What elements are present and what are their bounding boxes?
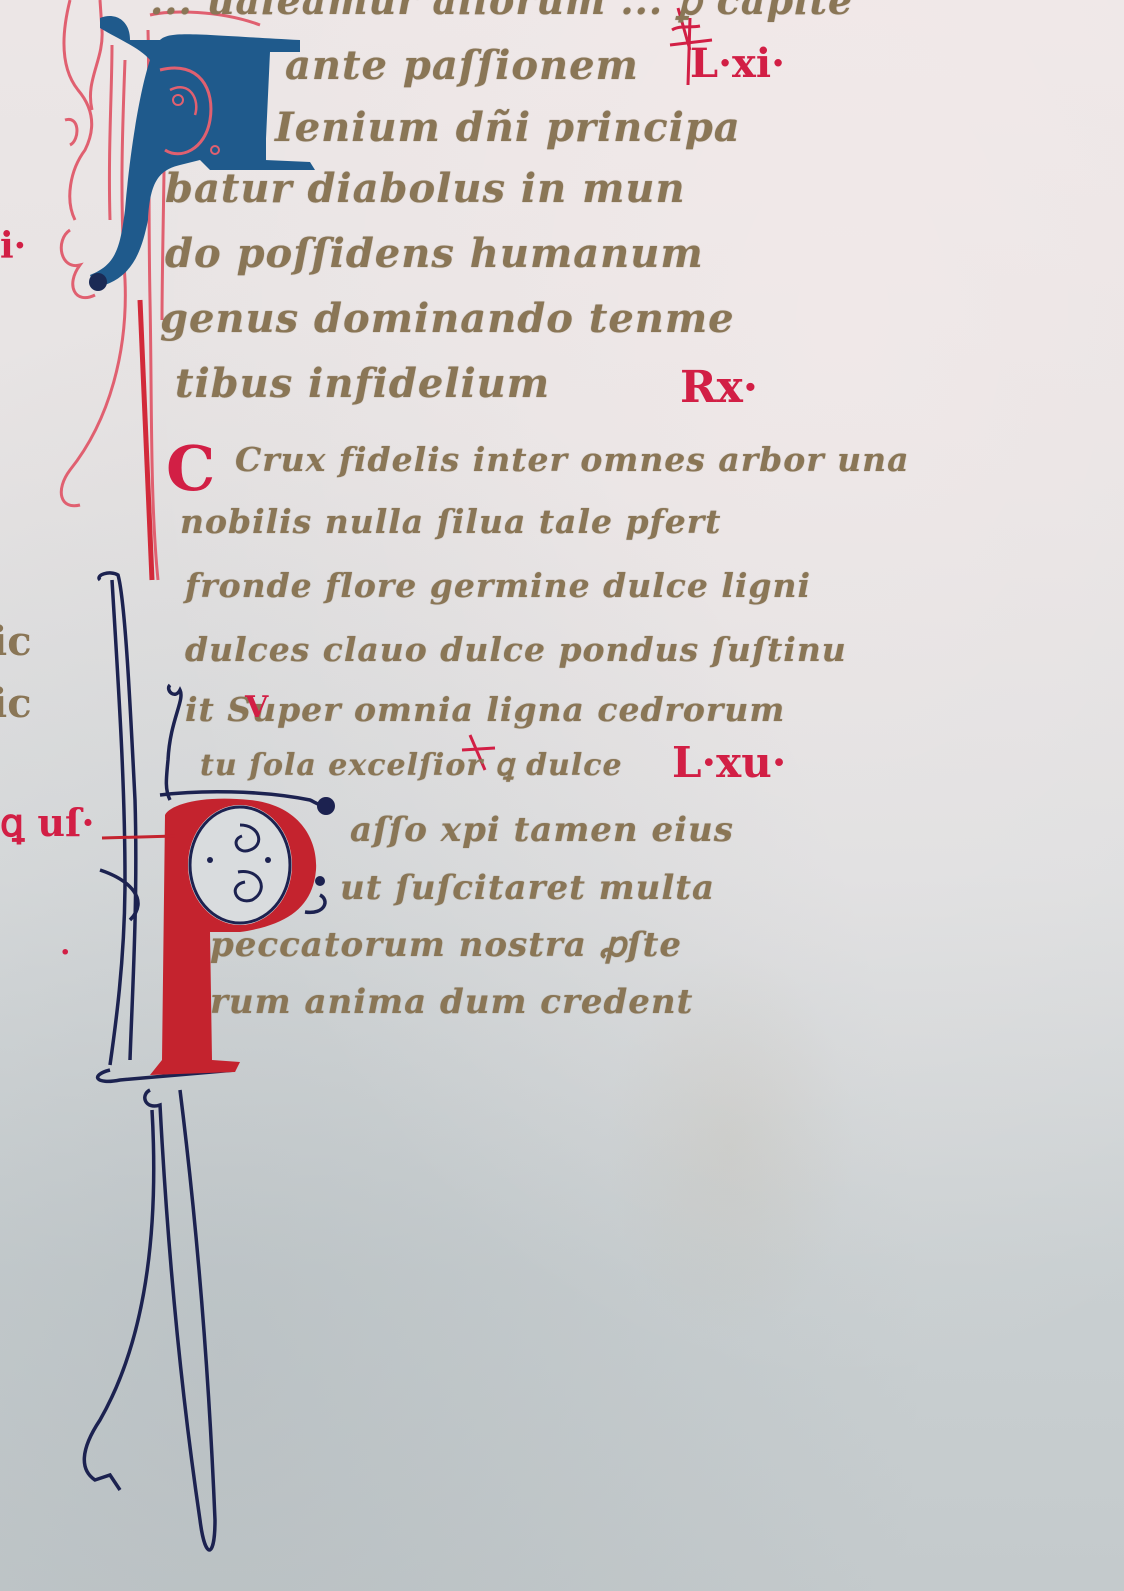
- margin-fragment-3: ic: [0, 680, 32, 727]
- rubric-responsory: Rx·: [680, 362, 758, 413]
- text-line-3: batur diabolus in mun: [165, 165, 686, 212]
- text-line-top-fragment: ... ualeamur aliorum ... ꝑ capite: [150, 0, 853, 23]
- rubric-verse: V: [245, 690, 268, 725]
- navy-dot-ornament: [317, 797, 335, 815]
- rubric-lectio-12: L·xu·: [672, 738, 786, 787]
- text-line-10: dulces clauo dulce pondus ſuſtinu: [185, 630, 847, 669]
- text-line-1: ante paſſionem: [285, 42, 639, 89]
- text-line-12: tu ſola excelſior ꝗ dulce: [200, 748, 623, 783]
- text-line-5: genus dominando tenme: [160, 295, 735, 342]
- text-line-6: tibus infidelium: [175, 360, 550, 407]
- text-line-8: nobilis nulla ſilua tale pfert: [180, 502, 721, 541]
- text-line-13: aſſo xpi tamen eius: [350, 810, 734, 850]
- margin-fragment-1: i·: [0, 225, 26, 267]
- text-line-11: it Super omnia ligna cedrorum: [185, 690, 785, 729]
- text-line-14: ut ſuſcitaret multa: [340, 868, 715, 908]
- text-line-4: do poſſidens humanum: [165, 230, 704, 277]
- margin-rubric: ꝗ uſ·: [0, 800, 95, 845]
- text-line-15: peccatorum nostra ꝓſte: [210, 925, 682, 965]
- text-line-2: Ienium dñi principa: [275, 104, 741, 151]
- rubric-lectio-11: L·xi·: [690, 40, 785, 87]
- initial-C: C: [166, 432, 215, 505]
- text-line-9: fronde flore germine dulce ligni: [185, 566, 811, 605]
- text-line-16: rum anima dum credent: [210, 982, 693, 1022]
- text-line-7: Crux fidelis inter omnes arbor una: [235, 440, 909, 479]
- margin-fragment-2: ic: [0, 618, 32, 665]
- margin-dot: ·: [60, 935, 70, 970]
